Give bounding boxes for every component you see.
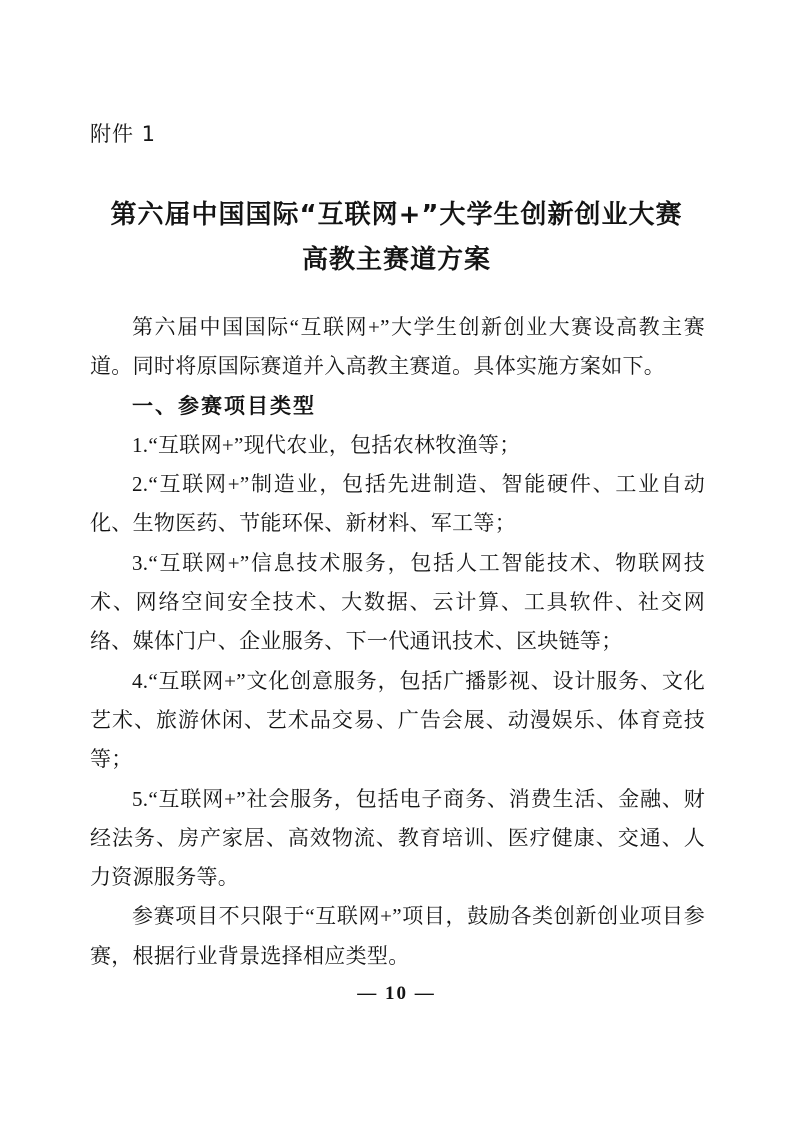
document-title-line1: 第六届中国国际“互联网+”大学生创新创业大赛 <box>0 193 793 238</box>
document-body: 第六届中国国际“互联网+”大学生创新创业大赛设高教主赛道。同时将原国际赛道并入高… <box>90 308 705 976</box>
document-title: 第六届中国国际“互联网+”大学生创新创业大赛 高教主赛道方案 <box>0 193 793 283</box>
closing-paragraph: 参赛项目不只限于“互联网+”项目，鼓励各类创新创业项目参赛，根据行业背景选择相应… <box>90 897 705 976</box>
intro-paragraph: 第六届中国国际“互联网+”大学生创新创业大赛设高教主赛道。同时将原国际赛道并入高… <box>90 308 705 387</box>
attachment-label: 附件 1 <box>90 118 156 148</box>
document-title-line2: 高教主赛道方案 <box>0 238 793 283</box>
project-type-item-3: 3.“互联网+”信息技术服务，包括人工智能技术、物联网技术、网络空间安全技术、大… <box>90 544 705 662</box>
project-type-item-1: 1.“互联网+”现代农业，包括农林牧渔等； <box>90 426 705 465</box>
page-number: — 10 — <box>0 983 793 1005</box>
section-heading: 一、参赛项目类型 <box>90 387 705 426</box>
project-type-item-5: 5.“互联网+”社会服务，包括电子商务、消费生活、金融、财经法务、房产家居、高效… <box>90 780 705 898</box>
document-page: 附件 1 第六届中国国际“互联网+”大学生创新创业大赛 高教主赛道方案 第六届中… <box>0 0 793 1122</box>
project-type-item-4: 4.“互联网+”文化创意服务，包括广播影视、设计服务、文化艺术、旅游休闲、艺术品… <box>90 662 705 780</box>
project-type-item-2: 2.“互联网+”制造业，包括先进制造、智能硬件、工业自动化、生物医药、节能环保、… <box>90 465 705 544</box>
